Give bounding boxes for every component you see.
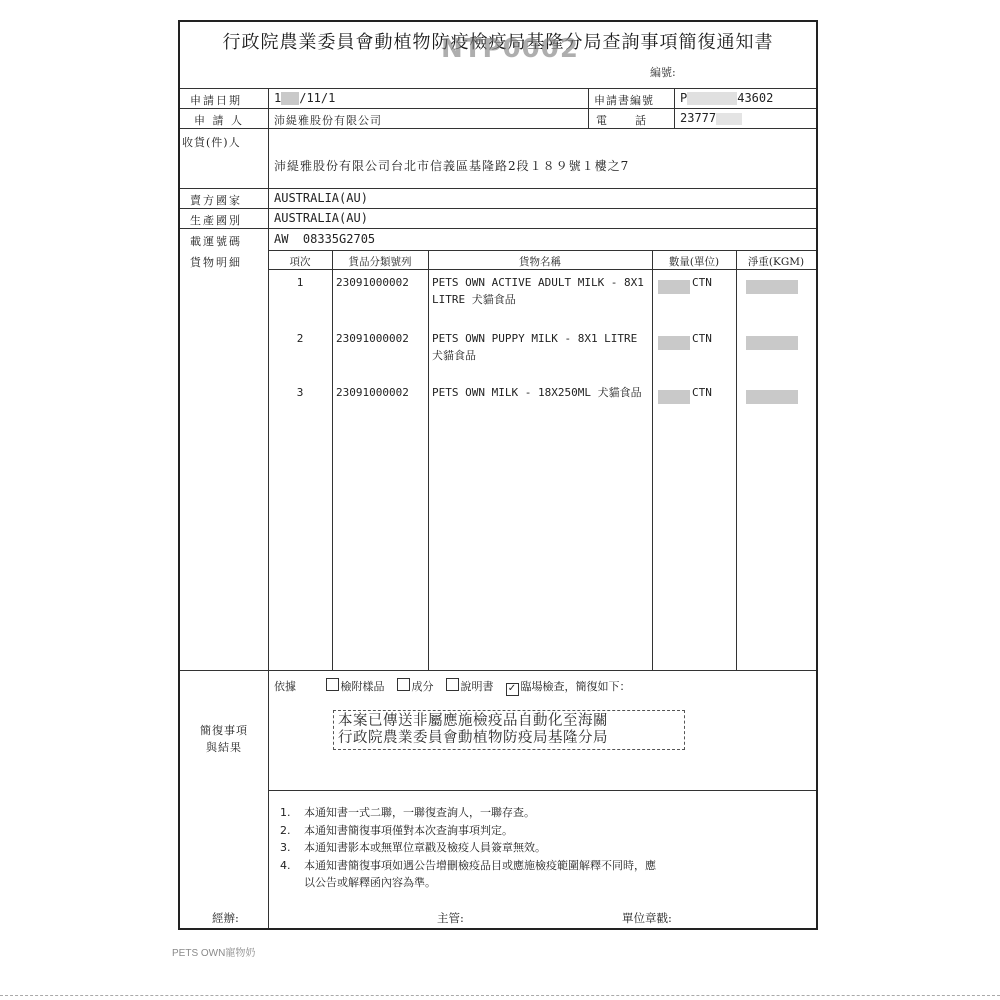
row-index: 3 — [268, 384, 332, 401]
date-prefix: 1 — [274, 91, 281, 105]
transport-number-label: 載運號碼 — [190, 233, 242, 249]
checkmark-icon: ✓ — [506, 683, 519, 696]
note-text: 本通知書影本或無單位章戳及檢疫人員簽章無效。 — [304, 841, 546, 854]
checkbox-label: 成分 — [412, 680, 434, 693]
note-item: 3.本通知書影本或無單位章戳及檢疫人員簽章無效。 — [280, 839, 656, 857]
phone-value: 23777 — [680, 111, 742, 125]
basis-checkbox[interactable]: 檢附樣品 — [326, 680, 385, 693]
checkbox-icon — [397, 678, 410, 691]
origin-country-value: AUSTRALIA(AU) — [274, 191, 368, 205]
col-header-quantity: 數量(單位) — [652, 254, 736, 269]
row-unit: CTN — [692, 384, 712, 401]
note-number: 4. — [280, 857, 304, 875]
row-quantity — [658, 276, 690, 295]
notes-list: 1.本通知書一式二聯，一聯復查詢人，一聯存查。2.本通知書簡復事項僅對本次查詢事… — [280, 804, 656, 892]
basis-checkbox[interactable]: ✓臨場檢查，簡復如下： — [506, 680, 631, 693]
notification-form: 行政院農業委員會動植物防疫檢疫局基隆分局查詢事項簡復通知書 NTP0002 編號… — [178, 20, 818, 930]
row-code: 23091000002 — [336, 384, 409, 401]
col-header-index: 項次 — [268, 254, 332, 269]
note-number: 1. — [280, 804, 304, 822]
application-date-label: 申請日期 — [190, 92, 242, 108]
checkbox-icon — [326, 678, 339, 691]
note-number: 2. — [280, 822, 304, 840]
row-code: 23091000002 — [336, 274, 409, 291]
phone-digits: 23777 — [680, 111, 716, 125]
row-name: PETS OWN PUPPY MILK - 8X1 LITRE 犬貓食品 — [432, 330, 648, 364]
note-item: 4.本通知書簡復事項如遇公告增刪檢疫品目或應施檢疫範圍解釋不同時，應 — [280, 857, 656, 875]
basis-row: 依據 檢附樣品成分說明書✓臨場檢查，簡復如下： — [274, 678, 643, 696]
application-number-label: 申請書編號 — [594, 92, 654, 108]
applicant-value: 沛緹雅股份有限公司 — [274, 112, 382, 128]
handler-signature-label: 經辦: — [212, 910, 239, 926]
image-caption: PETS OWN寵物奶 — [172, 944, 255, 959]
supervisor-signature-label: 主管: — [437, 910, 464, 926]
production-country-value: AUSTRALIA(AU) — [274, 211, 368, 225]
basis-checkbox[interactable]: 成分 — [397, 680, 434, 693]
stamp-line-2: 行政院農業委員會動植物防疫局基隆分局 — [338, 730, 680, 747]
reply-label-line2: 與結果 — [206, 739, 242, 755]
redaction — [687, 92, 737, 105]
scan-edge — [0, 995, 1000, 996]
date-suffix: /11/1 — [299, 91, 335, 105]
applicant-label: 申 請 人 — [194, 112, 244, 128]
row-unit: CTN — [692, 274, 712, 291]
stamp-line-1: 本案已傳送非屬應施檢疫品自動化至海關 — [338, 713, 680, 730]
unit-stamp-label: 單位章戳: — [622, 910, 672, 926]
note-number: 3. — [280, 839, 304, 857]
row-quantity — [658, 332, 690, 351]
row-name: PETS OWN ACTIVE ADULT MILK - 8X1 LITRE 犬… — [432, 274, 648, 308]
appno-prefix: P — [680, 91, 687, 105]
goods-details-label: 貨物明細 — [190, 254, 242, 270]
redaction — [746, 336, 798, 350]
redaction — [658, 336, 690, 350]
production-country-label: 生產國別 — [190, 212, 242, 228]
basis-checkboxes: 檢附樣品成分說明書✓臨場檢查，簡復如下： — [326, 680, 643, 693]
row-weight — [746, 386, 798, 405]
note-text: 本通知書簡復事項僅對本次查詢事項判定。 — [304, 824, 513, 837]
redaction — [716, 113, 742, 125]
stamp-box: 本案已傳送非屬應施檢疫品自動化至海關 行政院農業委員會動植物防疫局基隆分局 — [333, 710, 685, 750]
checkbox-label: 檢附樣品 — [341, 680, 385, 693]
row-unit: CTN — [692, 330, 712, 347]
row-weight — [746, 332, 798, 351]
col-header-weight: 淨重(KGM) — [736, 254, 816, 269]
redaction — [658, 280, 690, 294]
basis-label: 依據 — [274, 680, 296, 693]
application-number-value: P43602 — [680, 91, 773, 105]
redaction — [746, 280, 798, 294]
row-weight — [746, 276, 798, 295]
col-header-name: 貨物名稱 — [428, 254, 652, 269]
doc-number-label: 編號: — [650, 64, 676, 80]
appno-suffix: 43602 — [737, 91, 773, 105]
note-text: 以公告或解釋函內容為準。 — [304, 876, 436, 889]
note-text: 本通知書一式二聯，一聯復查詢人，一聯存查。 — [304, 806, 535, 819]
transport-number-value: AW 08335G2705 — [274, 232, 375, 246]
redaction — [746, 390, 798, 404]
note-item: 1.本通知書一式二聯，一聯復查詢人，一聯存查。 — [280, 804, 656, 822]
row-code: 23091000002 — [336, 330, 409, 347]
watermark: NTP0002 — [430, 34, 590, 64]
note-item: 以公告或解釋函內容為準。 — [280, 874, 656, 892]
basis-checkbox[interactable]: 說明書 — [446, 680, 494, 693]
consignee-value: 沛緹雅股份有限公司台北市信義區基隆路2段１８９號１樓之7 — [274, 157, 629, 174]
redaction — [658, 390, 690, 404]
phone-label: 電 話 — [596, 112, 648, 128]
note-text: 本通知書簡復事項如遇公告增刪檢疫品目或應施檢疫範圍解釋不同時，應 — [304, 859, 656, 872]
checkbox-label: 說明書 — [461, 680, 494, 693]
row-index: 1 — [268, 274, 332, 291]
reply-label-line1: 簡復事項 — [200, 722, 248, 738]
consignee-label: 收貨(件)人 — [182, 134, 241, 150]
row-name: PETS OWN MILK - 18X250ML 犬貓食品 — [432, 384, 648, 401]
redaction — [281, 92, 299, 105]
row-index: 2 — [268, 330, 332, 347]
checkbox-icon — [446, 678, 459, 691]
note-item: 2.本通知書簡復事項僅對本次查詢事項判定。 — [280, 822, 656, 840]
origin-country-label: 賣方國家 — [190, 192, 242, 208]
row-quantity — [658, 386, 690, 405]
col-header-code: 貨品分類號列 — [332, 254, 428, 269]
application-date-value: 1/11/1 — [274, 91, 335, 105]
checkbox-label: 臨場檢查，簡復如下： — [521, 680, 631, 693]
